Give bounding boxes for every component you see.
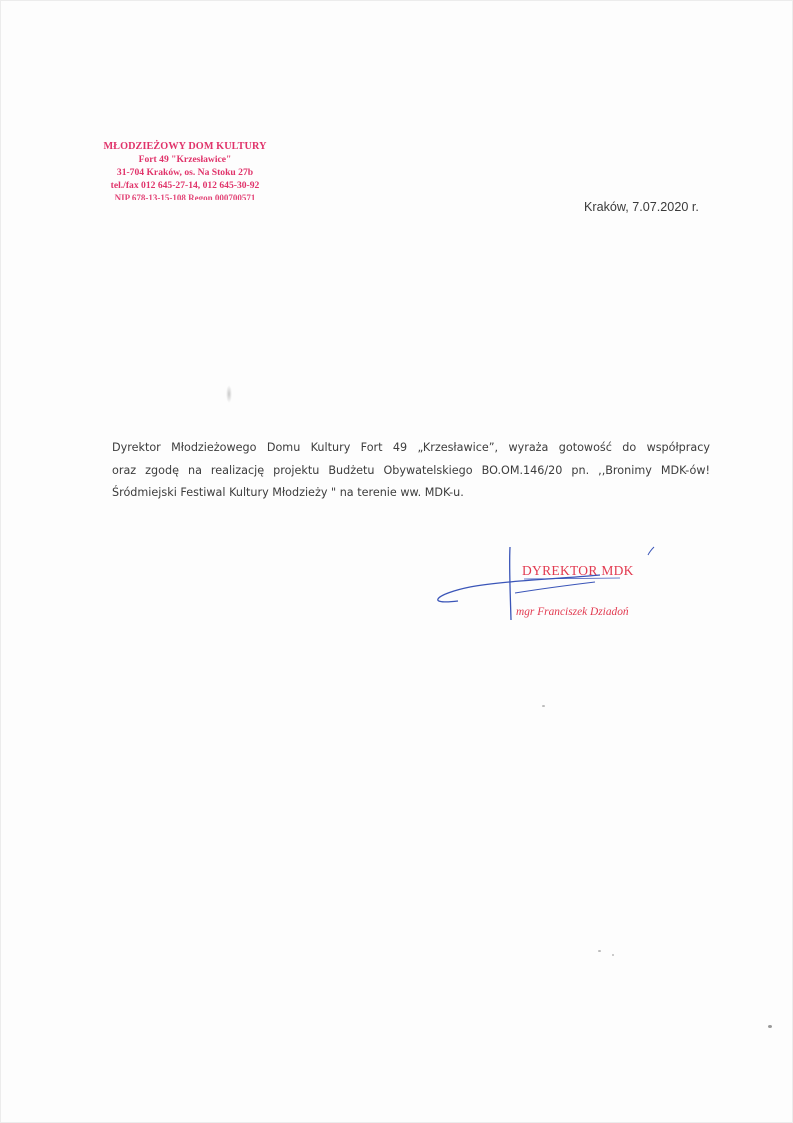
scan-speck [612,954,614,956]
scan-speck [768,1025,772,1028]
date-line: Kraków, 7.07.2020 r. [584,200,699,214]
handwritten-signature-icon [430,545,690,635]
body-line-1: Dyrektor Młodzieżowego Domu Kultury Fort… [112,437,710,460]
signature-stamp: DYREKTOR MDK mgr Franciszek Dziadoń [430,545,690,635]
scan-smudge [226,385,232,403]
stamp-org-name: MŁODZIEŻOWY DOM KULTURY [80,140,290,153]
body-line-3: Śródmiejski Festiwal Kultury Młodzieży "… [112,482,710,505]
body-line-2: oraz zgodę na realizację projektu Budżet… [112,460,710,483]
scan-speck [542,705,545,707]
letter-body: Dyrektor Młodzieżowego Domu Kultury Fort… [112,437,710,505]
scan-speck [598,950,601,952]
stamp-phone: tel./fax 012 645-27-14, 012 645-30-92 [80,179,290,192]
stamp-address: 31-704 Kraków, os. Na Stoku 27b [80,166,290,179]
stamp-fort: Fort 49 "Krzesławice" [80,153,290,166]
stamp-ids: NIP 678-13-15-108 Regon 000700571 [80,192,290,200]
letterhead-stamp: MŁODZIEŻOWY DOM KULTURY Fort 49 "Krzesła… [80,140,290,200]
